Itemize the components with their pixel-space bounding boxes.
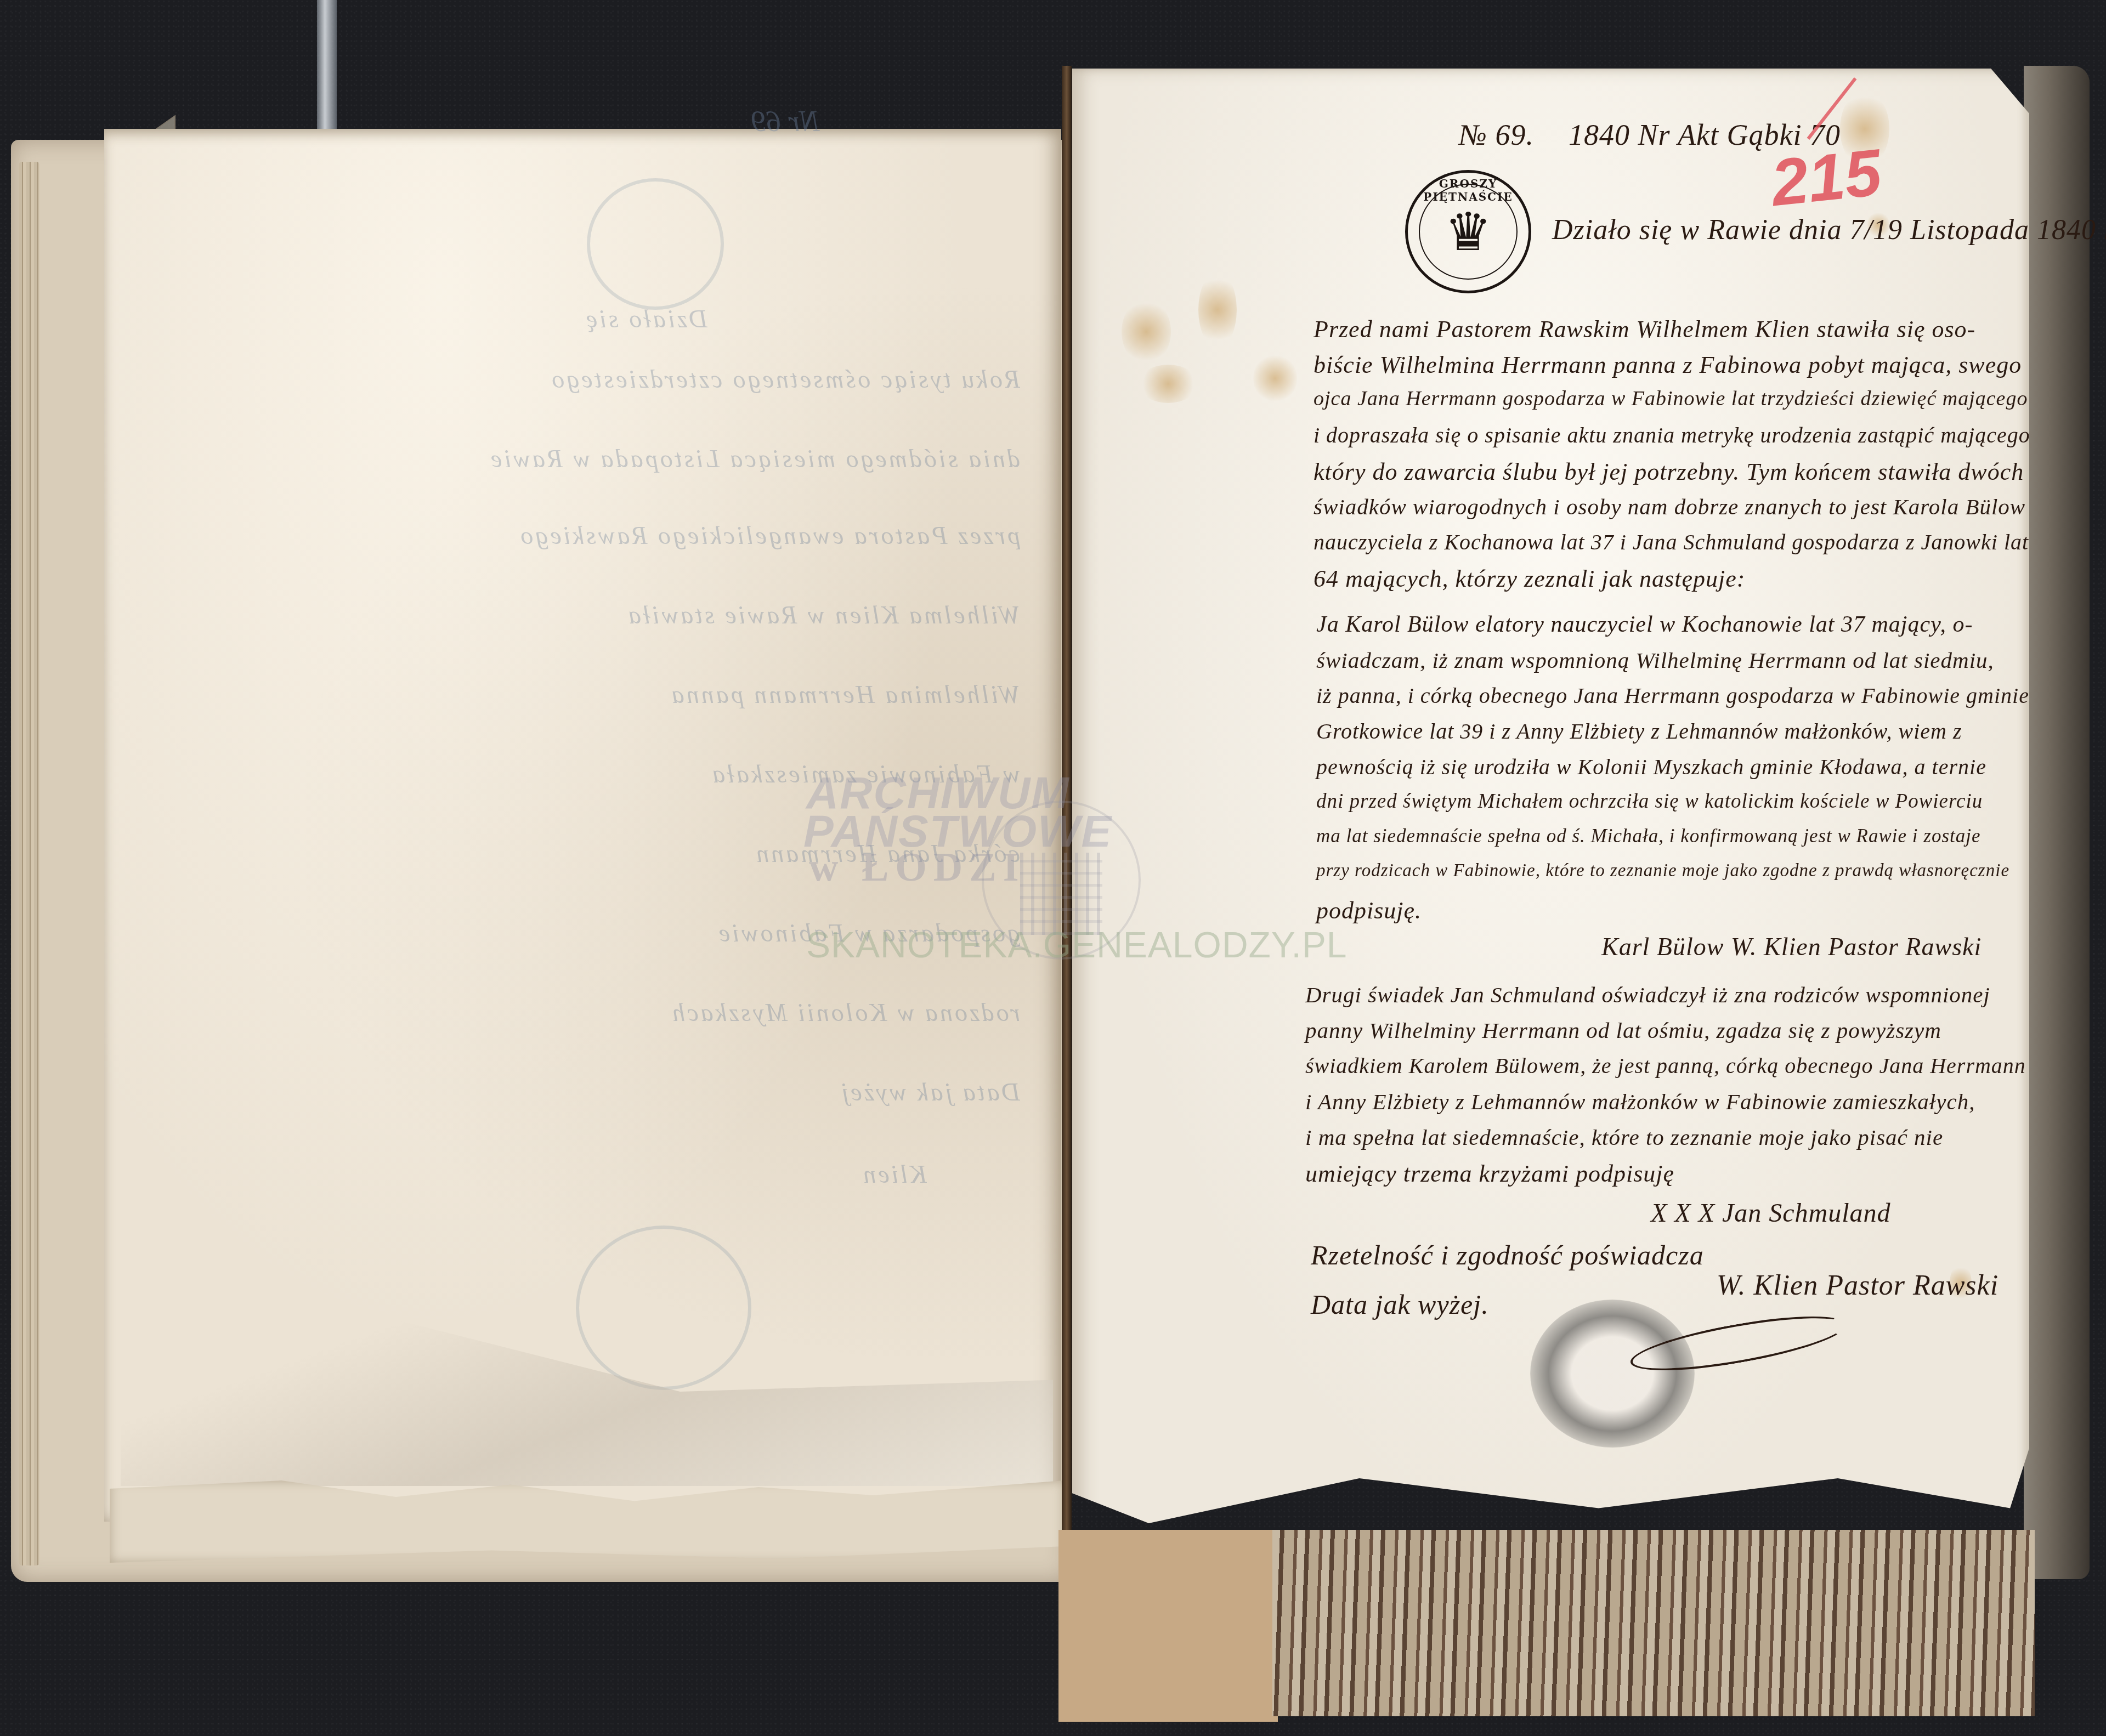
witness-line: panny Wilhelminy Herrmann od lat ośmiu, … [1305,1017,1941,1043]
body-line: ojca Jana Herrmann gospodarza w Fabinowi… [1314,387,2028,411]
foxing-stain [1253,354,1297,403]
stamp-legend: GROSZY PIĘTNAŚCIE [1408,177,1528,203]
bleed-line: przez Pastora ewangelickiego Rawskiego [170,521,1020,550]
watermark-archive-line-3: w ŁODZI [809,844,1025,891]
witness-line: świadkiem Karolem Bülowem, że jest panną… [1305,1053,2026,1079]
body-line: Ja Karol Bülow elatory nauczyciel w Koch… [1316,611,1973,638]
attestation-line: Rzetelność i zgodność poświadcza [1311,1239,1704,1271]
open-book-scan: Działo się Roku tysiąc ośmsetnego czterd… [0,0,2106,1736]
body-line: przy rodzicach w Fabinowie, które to zez… [1316,861,2009,881]
body-line: ma lat siedemnaście spełna od ś. Michała… [1316,825,1981,847]
bleed-line: Data jak wyżej [170,1077,1020,1107]
bleed-line: Wilhelmina Herrmann panna [170,680,1020,709]
body-line: 64 mających, którzy zeznali jak następuj… [1314,565,1745,593]
left-corner-mark: Nr 69 [751,104,820,138]
bleed-line: Działo się [543,304,707,333]
foxing-stain [1138,365,1198,403]
foxing-stain [1122,299,1171,365]
body-line: świadków wiarogodnych i osoby nam dobrze… [1314,493,2025,520]
body-line: Grotkowice lat 39 i z Anny Elżbiety z Le… [1316,718,1962,744]
parish-seal [1530,1300,1695,1448]
act-number: № 69. [1459,118,1534,152]
foxing-stain [1198,271,1237,348]
body-line: podpisuję. [1316,897,1422,924]
body-line: dni przed świętym Michałem ochrzciła się… [1316,790,1983,813]
watermark-site: SKANOTEKA.GENEALODZY.PL [806,924,1347,966]
pastor-signature: W. Klien Pastor Rawski [1717,1269,1999,1302]
first-signatures: Karl Bülow W. Klien Pastor Rawski [1601,932,1982,961]
revenue-stamp: GROSZY PIĘTNAŚCIE ♛ [1405,170,1531,293]
body-line: pewnością iż się urodziła w Kolonii Mysz… [1316,754,1986,780]
bottom-page-block [1272,1530,2035,1716]
body-line: i dopraszała się o spisanie aktu znania … [1314,422,2030,448]
witness-line: i Anny Elżbiety z Lehmannów małżonków w … [1305,1088,1975,1115]
witness-line: umiejący trzema krzyżami podpisuję [1305,1160,1674,1188]
body-line: biście Wilhelmina Herrmann panna z Fabin… [1314,351,2022,379]
page-edges [19,162,39,1565]
dateline: Działo się w Rawie dnia 7/19 Listopada 1… [1552,214,2106,246]
red-page-number: 215 [1768,134,1885,221]
body-line: iż panna, i córką obecnego Jana Herrmann… [1316,683,2029,708]
body-line: nauczyciela z Kochanowa lat 37 i Jana Sc… [1314,529,2029,555]
bleed-line: Roku tysiąc ośmsetnego czterdziestego [170,365,1020,394]
bottom-card [1058,1530,1278,1722]
bleed-line: Wilhelma Klien w Rawie stawiła [170,600,1020,629]
attestation-date: Data jak wyżej. [1311,1289,1489,1320]
body-line: który do zawarcia ślubu był jej potrzebn… [1314,458,2024,486]
witness-line: i ma spełna lat siedemnaście, które to z… [1305,1124,1943,1150]
witness-line: Drugi świadek Jan Schmuland oświadczył i… [1305,982,1990,1008]
bleed-line: Klien [762,1160,927,1189]
bleed-line: rodzona w Kolonii Myszkach [170,998,1020,1027]
witness-cross-mark: X X X Jan Schmuland [1651,1198,1891,1228]
right-cover-board [2024,66,2090,1579]
body-line: Przed nami Pastorem Rawskim Wilhelmem Kl… [1314,315,1975,343]
archive-building-icon [1020,853,1102,935]
body-line: świadczam, iż znam wspomnioną Wilhelminę… [1316,647,1994,673]
bleed-line: dnia siódmego miesiąca Listopada w Rawie [170,444,1020,473]
